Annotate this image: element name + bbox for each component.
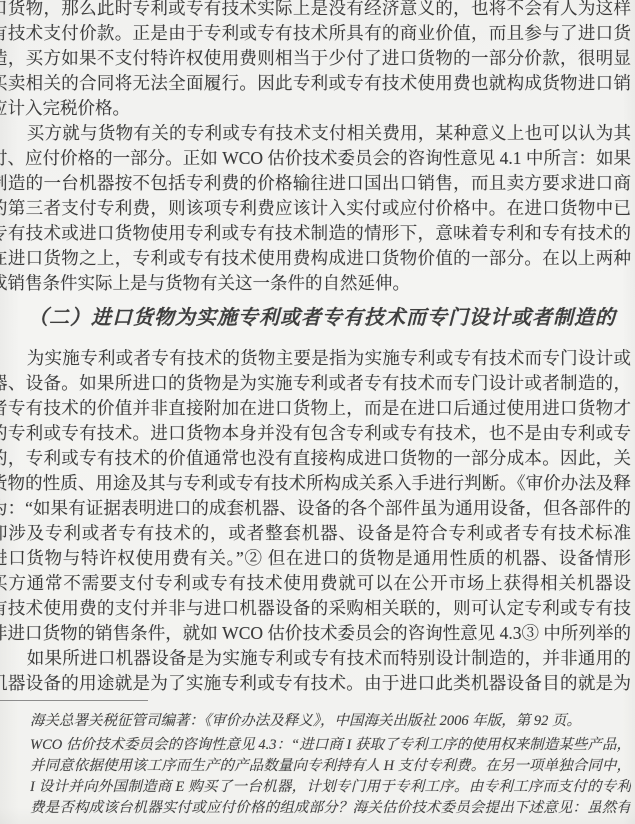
body-line: 者专有技术的价值并非直接附加在进口货物上，而是在进口后通过使用进口货物才能实施相… xyxy=(0,396,631,421)
paragraph-1: 口货物，那么此时专利或专有技术实际上是没有经济意义的，也将不会有人为这样的专利或… xyxy=(0,0,631,121)
body-line: 进口货物与特许权使用费有关。”② 但在进口的货物是通用性质的机器、设备情形下，意… xyxy=(0,546,631,571)
footnote-3: ③ WCO 估价技术委员会的咨询性意见 4.3：“进口商 I 获取了专利工序的使… xyxy=(0,735,631,819)
body-line: 制造的一台机器按不包括专利费的价格输往进口国出口销售，而且卖方要求进口商向持有专… xyxy=(0,171,631,196)
footnotes: ② 海关总署关税征管司编著：《审价办法及释义》，中国海关出版社 2006 年版，… xyxy=(0,711,631,819)
body-line: 如果所进口机器设备是为实施专利或专有技术而特别设计制造的，并非通用的机器设备， xyxy=(0,646,631,671)
body-line: 专有技术或进口货物使用专利或专有技术制造的情形下，意味着专利和专有技术的价值已凝… xyxy=(0,221,631,246)
body-line: 买方通常不需要支付专利或专有技术使用费就可以在公开市场上获得相关机器设备，专利或… xyxy=(0,571,631,596)
page-text-block: 口货物，那么此时专利或专有技术实际上是没有经济意义的，也将不会有人为这样的专利或… xyxy=(0,0,631,819)
body-line: 有技术使用费的支付并非与进口机器设备的采购相关联的，则可认定专利或专有技术使用费… xyxy=(0,596,631,621)
paragraph-4: 如果所进口机器设备是为实施专利或专有技术而特别设计制造的，并非通用的机器设备， … xyxy=(0,646,631,696)
body-line: 机器设备的用途就是为了实施专利或专有技术。由于进口此类机器设备目的就是为了实施专… xyxy=(0,671,631,696)
footnote-2: ② 海关总署关税征管司编著：《审价办法及释义》，中国海关出版社 2006 年版，… xyxy=(0,711,631,732)
footnote-line: 并同意依据使用该工序而生产的产品数量向专利持有人 H 支付专利费。在另一项单独合… xyxy=(30,756,631,777)
body-line: 口货物，那么此时专利或专有技术实际上是没有经济意义的，也将不会有人为这样的专利或… xyxy=(0,0,631,21)
body-line: 有技术支付价款。正是由于专利或专有技术所具有的商业价值，而且参与了进口货物的生产… xyxy=(0,21,631,46)
section-heading: （二）进口货物为实施专利或者专有技术而专门设计或者制造的 xyxy=(0,304,631,332)
body-line: 却涉及专利或者专有技术的，或者整套机器、设备是符合专利或者专有技术标准的，则可认… xyxy=(0,521,631,546)
body-line: 货物的性质、用途及其与专利或专有技术所构成关系入手进行判断。《审价办法及释义》中… xyxy=(0,471,631,496)
body-line: 造，买方如果不支付特许权使用费则相当于少付了进口货物的一部分价款，很明显与进口货… xyxy=(0,46,631,71)
footnote-separator xyxy=(0,700,148,701)
body-line: 为：“如果有证据表明进口的成套机器、设备的各个部件虽为通用设备，但各部件的组合形… xyxy=(0,496,631,521)
paragraph-3: 为实施专利或者专有技术的货物主要是指为实施专利或专有技术而专门设计或制造的机 器… xyxy=(0,346,631,646)
footnote-line: 费是否构成该台机器实付或应付价格的组成部分？海关估价技术委员会提出下述意见：虽然… xyxy=(30,798,631,819)
body-line: 器、设备。如果所进口的货物是为实施专利或者专有技术而专门设计或者制造的，此时专利… xyxy=(0,371,631,396)
scanned-document-page: 口货物，那么此时专利或专有技术实际上是没有经济意义的，也将不会有人为这样的专利或… xyxy=(0,0,635,824)
body-line: 在进口货物之上，专利或专有技术使用费构成进口货物价值的一部分。在以上两种情形下，… xyxy=(0,246,631,271)
paragraph-2: 买方就与货物有关的专利或专有技术支付相关费用，某种意义上也可以认为其构成了实 付… xyxy=(0,121,631,296)
body-line: 为实施专利或者专有技术的货物主要是指为实施专利或专有技术而专门设计或制造的机 xyxy=(0,346,631,371)
body-line: 买卖相关的合同将无法全面履行。因此专利或专有技术使用费也就构成货物进口销售的条件… xyxy=(0,71,631,96)
body-line: 应计入完税价格。 xyxy=(0,96,631,121)
body-line: 的专利或专有技术。进口货物本身并没有包含专利或专有技术，也不是由专利或专有技术生… xyxy=(0,421,631,446)
body-line: 的第三者支付专利费，则该项专利费应该计入实付或应付价格中。在进口货物中已包含专利… xyxy=(0,196,631,221)
footnote-line: WCO 估价技术委员会的咨询性意见 4.3：“进口商 I 获取了专利工序的使用权… xyxy=(30,735,631,756)
footnote-line: 海关总署关税征管司编著：《审价办法及释义》，中国海关出版社 2006 年版，第 … xyxy=(30,711,631,732)
body-line: 的，专利或专有技术的价值通常也没有直接构成进口货物的一部分成本。因此，关键应从进… xyxy=(0,446,631,471)
body-line: 买方就与货物有关的专利或专有技术支付相关费用，某种意义上也可以认为其构成了实 xyxy=(0,121,631,146)
footnote-line: I 设计并向外国制造商 E 购买了一台机器，计划专门用于专利工序。由专利工序而支… xyxy=(30,777,631,798)
body-line: 非进口货物的销售条件，就如 WCO 估价技术委员会的咨询性意见 4.3③ 中所列… xyxy=(0,621,631,646)
body-line: 成销售条件实际上是与货物有关这一条件的自然延伸。 xyxy=(0,271,631,296)
body-line: 付、应付价格的一部分。正如 WCO 估价技术委员会的咨询性意见 4.1 中所言：… xyxy=(0,146,631,171)
